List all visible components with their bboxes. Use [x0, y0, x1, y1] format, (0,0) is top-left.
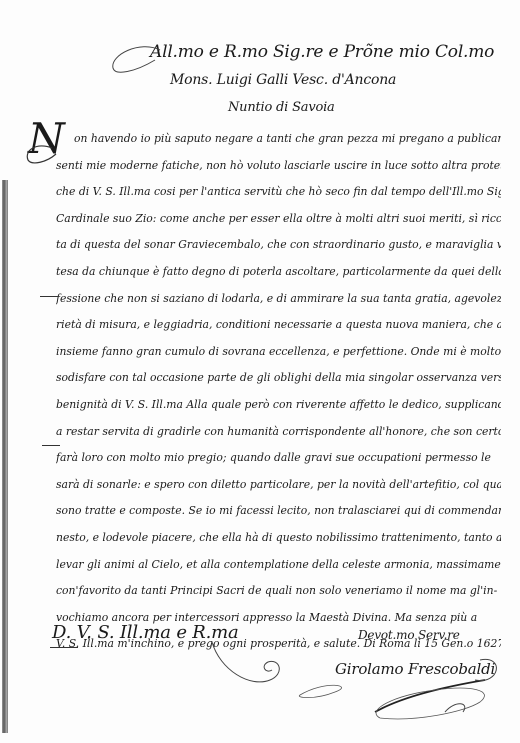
page-edge-line: [7, 180, 8, 733]
body-line: senti mie moderne fatiche, non hò voluto…: [56, 153, 501, 180]
body-line: tesa da chiunque è fatto degno di poterl…: [56, 259, 501, 286]
address-flourish-icon: [105, 40, 165, 80]
signature-flourish-icon: [295, 640, 510, 730]
address-line-3: Nuntio di Savoia: [228, 100, 335, 115]
body-line: farà loro con molto mio pregio; quando d…: [56, 445, 501, 472]
body-line: on havendo io più saputo negare a tanti …: [56, 126, 501, 153]
body-line: con'favorito da tanti Principi Sacri de …: [56, 578, 501, 605]
body-line: nesto, e lodevole piacere, che ella hà d…: [56, 525, 501, 552]
address-line-1: All.mo e R.mo Sig.re e Prõne mio Col.mo: [150, 42, 494, 62]
letter-body: on havendo io più saputo negare a tanti …: [56, 126, 501, 658]
body-line: sarà di sonarle: e spero con diletto par…: [56, 472, 501, 499]
body-line: rietà di misura, e leggiadria, condition…: [56, 312, 501, 339]
document-page: All.mo e R.mo Sig.re e Prõne mio Col.mo …: [0, 0, 520, 743]
body-line: levar gli animi al Cielo, et alla contem…: [56, 552, 501, 579]
body-line: ta di questa del sonar Graviecembalo, ch…: [56, 232, 501, 259]
body-line: a restar servita di gradirle con humanit…: [56, 419, 501, 446]
body-line: fessione che non si saziano di lodarla, …: [56, 286, 501, 313]
margin-stroke: [42, 445, 60, 446]
body-line: Cardinale suo Zio: come anche per esser …: [56, 206, 501, 233]
body-line: benignità di V. S. Ill.ma Alla quale per…: [56, 392, 501, 419]
body-line: insieme fanno gran cumulo di sovrana ecc…: [56, 339, 501, 366]
closing-underline: [50, 647, 78, 648]
body-line: sono tratte e composte. Se io mi facessi…: [56, 498, 501, 525]
body-line: sodisfare con tal occasione parte de gli…: [56, 365, 501, 392]
margin-stroke: [40, 296, 58, 297]
body-line: che di V. S. Ill.ma cosi per l'antica se…: [56, 179, 501, 206]
closing-flourish-icon: [210, 640, 290, 690]
address-line-2: Mons. Luigi Galli Vesc. d'Ancona: [170, 72, 396, 88]
